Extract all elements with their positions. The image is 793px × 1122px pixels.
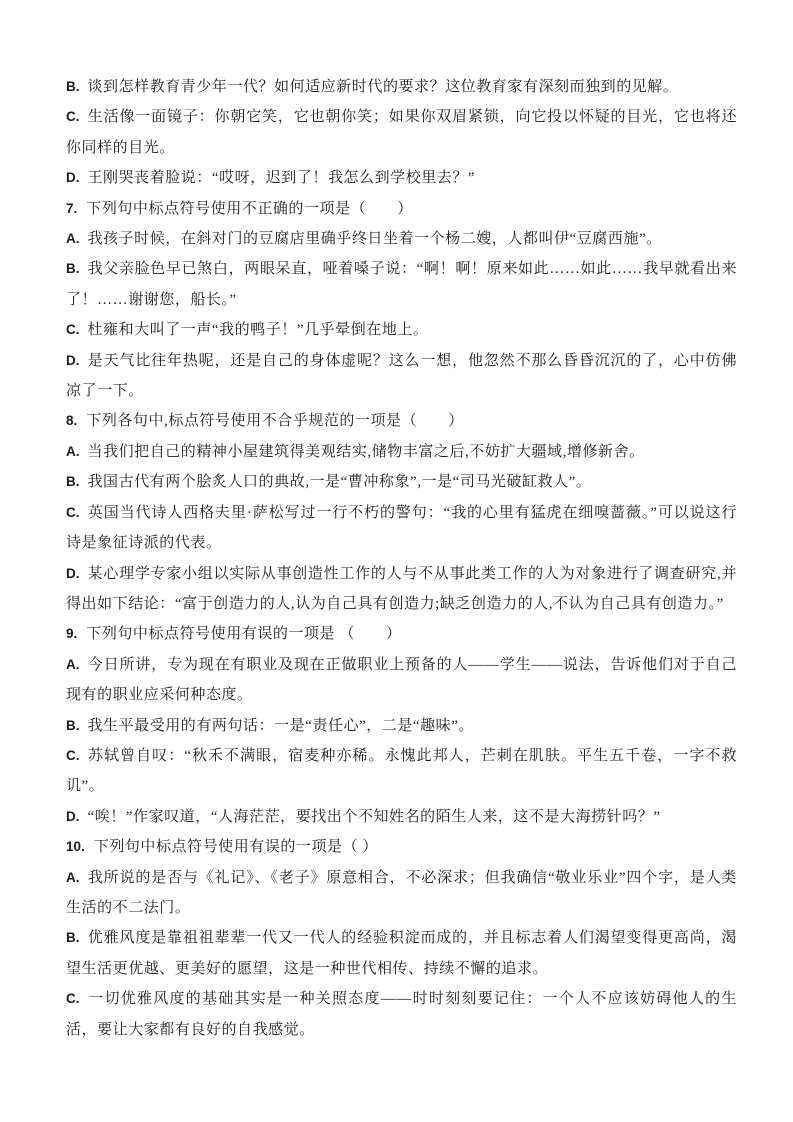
- option-row: A.今日所讲，专为现在有职业及现在正做职业上预备的人——学生——说法，告诉他们对…: [66, 650, 737, 711]
- question-number: 8.: [66, 413, 77, 428]
- option-text: 优雅风度是靠祖祖辈辈一代又一代人的经验积淀而成的，并且标志着人们渴望变得更高尚，…: [66, 930, 737, 976]
- option-text: 是天气比往年热呢，还是自己的身体虚呢？这么一想，他忽然不那么昏昏沉沉的了，心中仿…: [66, 353, 737, 399]
- option-label: B.: [66, 718, 80, 733]
- option-text: 今日所讲，专为现在有职业及现在正做职业上预备的人——学生——说法，告诉他们对于自…: [66, 657, 737, 703]
- option-label: B.: [66, 261, 80, 276]
- option-label: C.: [66, 991, 80, 1006]
- option-text: 我父亲脸色早已煞白，两眼呆直，哑着嗓子说：“啊！啊！原来如此……如此……我早就看…: [66, 261, 737, 307]
- option-row: C.英国当代诗人西格夫里·萨松写过一行不朽的警句：“我的心里有猛虎在细嗅蔷薇。”…: [66, 498, 737, 559]
- question-header: 10.下列句中标点符号使用有误的一项是（ ）: [66, 832, 737, 862]
- option-label: D.: [66, 809, 80, 824]
- option-row: C.苏轼曾自叹：“秋禾不满眼，宿麦种亦稀。永愧此邦人，芒刺在肌肤。平生五千卷，一…: [66, 741, 737, 802]
- option-label: A.: [66, 657, 80, 672]
- option-row: B.我父亲脸色早已煞白，两眼呆直，哑着嗓子说：“啊！啊！原来如此……如此……我早…: [66, 254, 737, 315]
- option-text: 当我们把自己的精神小屋建筑得美观结实,储物丰富之后,不妨扩大疆域,增修新舍。: [88, 444, 645, 460]
- option-row: D.某心理学专家小组以实际从事创造性工作的人与不从事此类工作的人为对象进行了调查…: [66, 559, 737, 620]
- option-text: 生活像一面镜子：你朝它笑，它也朝你笑；如果你双眉紧锁，向它投以怀疑的目光，它也将…: [66, 109, 737, 155]
- option-text: 苏轼曾自叹：“秋禾不满眼，宿麦种亦稀。永愧此邦人，芒刺在肌肤。平生五千卷，一字不…: [66, 748, 737, 794]
- question-number: 9.: [66, 626, 77, 641]
- option-label: D.: [66, 566, 80, 581]
- option-text: 谈到怎样教育青少年一代？如何适应新时代的要求？这位教育家有深刻而独到的见解。: [88, 79, 679, 95]
- option-text: 我国古代有两个脍炙人口的典故,一是“曹冲称象”,一是“司马光破缸救人”。: [88, 474, 592, 490]
- option-text: 王刚哭丧着脸说：“哎呀，迟到了！我怎么到学校里去？”: [88, 170, 476, 186]
- option-label: D.: [66, 353, 80, 368]
- option-label: C.: [66, 109, 80, 124]
- option-row: A.我所说的是否与《礼记》、《老子》原意相合，不必深求；但我确信“敬业乐业”四个…: [66, 863, 737, 924]
- option-row: B.优雅风度是靠祖祖辈辈一代又一代人的经验积淀而成的，并且标志着人们渴望变得更高…: [66, 923, 737, 984]
- option-label: B.: [66, 474, 80, 489]
- option-label: A.: [66, 870, 80, 885]
- question-header: 7.下列句中标点符号使用不正确的一项是（ ）: [66, 194, 737, 224]
- option-text: 我所说的是否与《礼记》、《老子》原意相合，不必深求；但我确信“敬业乐业”四个字，…: [66, 870, 737, 916]
- option-row: C.生活像一面镜子：你朝它笑，它也朝你笑；如果你双眉紧锁，向它投以怀疑的目光，它…: [66, 102, 737, 163]
- question-prompt: 下列句中标点符号使用有误的一项是 （ ）: [86, 626, 401, 642]
- option-label: B.: [66, 930, 80, 945]
- option-text: 我生平最受用的有两句话：一是“责任心”，二是“趣味”。: [88, 718, 474, 734]
- question-number: 10.: [66, 839, 85, 854]
- option-text: 英国当代诗人西格夫里·萨松写过一行不朽的警句：“我的心里有猛虎在细嗅蔷薇。”可以…: [66, 505, 737, 551]
- option-label: C.: [66, 322, 80, 337]
- question-header: 8.下列各句中,标点符号使用不合乎规范的一项是（ ）: [66, 406, 737, 436]
- option-row: A.我孩子时候，在斜对门的豆腐店里确乎终日坐着一个杨二嫂，人都叫伊“豆腐西施”。: [66, 224, 737, 254]
- question-prompt: 下列句中标点符号使用不正确的一项是（ ）: [86, 201, 413, 217]
- option-text: 我孩子时候，在斜对门的豆腐店里确乎终日坐着一个杨二嫂，人都叫伊“豆腐西施”。: [88, 231, 662, 247]
- option-label: C.: [66, 748, 80, 763]
- option-row: B.谈到怎样教育青少年一代？如何适应新时代的要求？这位教育家有深刻而独到的见解。: [66, 72, 737, 102]
- question-prompt: 下列句中标点符号使用有误的一项是（ ）: [94, 839, 378, 855]
- option-label: B.: [66, 79, 80, 94]
- option-row: C.杜雍和大叫了一声“我的鸭子！”几乎晕倒在地上。: [66, 315, 737, 345]
- question-header: 9.下列句中标点符号使用有误的一项是 （ ）: [66, 619, 737, 649]
- option-text: 一切优雅风度的基础其实是一种关照态度——时时刻刻要记住：一个人不应该妨碍他人的生…: [66, 991, 737, 1037]
- worksheet-page: B.谈到怎样教育青少年一代？如何适应新时代的要求？这位教育家有深刻而独到的见解。…: [0, 0, 793, 1122]
- option-text: 杜雍和大叫了一声“我的鸭子！”几乎晕倒在地上。: [88, 322, 429, 338]
- option-label: A.: [66, 231, 80, 246]
- option-row: C.一切优雅风度的基础其实是一种关照态度——时时刻刻要记住：一个人不应该妨碍他人…: [66, 984, 737, 1045]
- option-row: A.当我们把自己的精神小屋建筑得美观结实,储物丰富之后,不妨扩大疆域,增修新舍。: [66, 437, 737, 467]
- question-prompt: 下列各句中,标点符号使用不合乎规范的一项是（ ）: [86, 413, 464, 429]
- question-number: 7.: [66, 201, 77, 216]
- option-row: D.“唉！”作家叹道，“人海茫茫，要找出个不知姓名的陌生人来，这不是大海捞针吗？…: [66, 802, 737, 832]
- option-row: D.王刚哭丧着脸说：“哎呀，迟到了！我怎么到学校里去？”: [66, 163, 737, 193]
- option-row: D.是天气比往年热呢，还是自己的身体虚呢？这么一想，他忽然不那么昏昏沉沉的了，心…: [66, 346, 737, 407]
- option-row: B.我生平最受用的有两句话：一是“责任心”，二是“趣味”。: [66, 711, 737, 741]
- option-label: D.: [66, 170, 80, 185]
- option-row: B.我国古代有两个脍炙人口的典故,一是“曹冲称象”,一是“司马光破缸救人”。: [66, 467, 737, 497]
- option-label: C.: [66, 505, 80, 520]
- option-text: “唉！”作家叹道，“人海茫茫，要找出个不知姓名的陌生人来，这不是大海捞针吗？”: [88, 809, 661, 825]
- option-label: A.: [66, 444, 80, 459]
- option-text: 某心理学专家小组以实际从事创造性工作的人与不从事此类工作的人为对象进行了调查研究…: [66, 566, 737, 612]
